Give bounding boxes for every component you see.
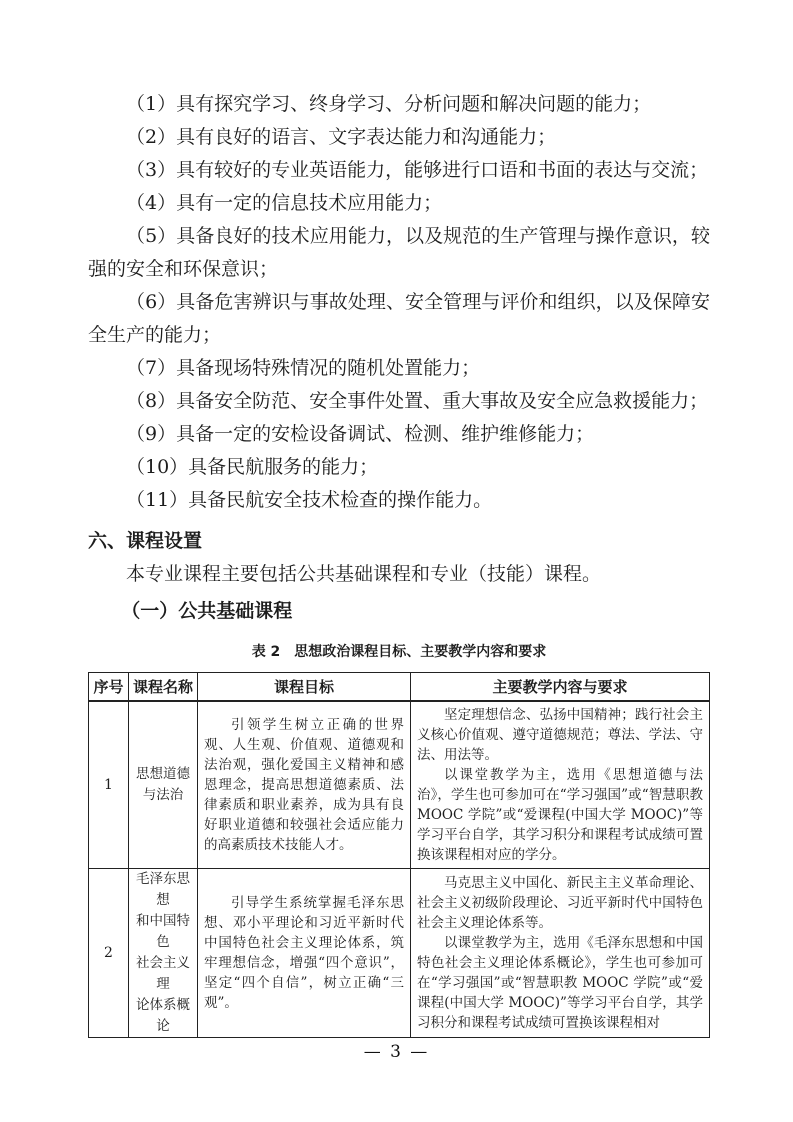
page-number: — 3 —: [0, 1042, 793, 1062]
ability-item: （5）具备良好的技术应用能力，以及规范的生产管理与操作意识，较强的安全和环保意识…: [88, 220, 710, 286]
ability-item: （1）具有探究学习、终身学习、分析问题和解决问题的能力；: [88, 88, 710, 121]
course-name-text: 思想道德 与法治: [136, 766, 190, 803]
subsection-heading-public-basic-courses: （一）公共基础课程: [88, 595, 710, 628]
col-header-main-content: 主要教学内容与要求: [411, 673, 710, 701]
course-name-text: 毛泽东思想 和中国特色 社会主义理 论体系概论: [136, 871, 190, 1034]
cell-main-content: 坚定理想信念、弘扬中国精神；践行社会主义核心价值观、遵守道德规范；尊法、学法、守…: [411, 701, 710, 869]
table-caption: 表 2 思想政治课程目标、主要教学内容和要求: [88, 642, 710, 662]
content-paragraph: 以课堂教学为主，选用《思想道德与法治》，学生也可参加可在“学习强国”或“智慧职教…: [417, 765, 703, 865]
cell-main-content: 马克思主义中国化、新民主主义革命理论、社会主义初级阶段理论、习近平新时代中国特色…: [411, 869, 710, 1038]
cell-course-name: 毛泽东思想 和中国特色 社会主义理 论体系概论: [129, 869, 198, 1038]
ability-item: （11）具备民航安全技术检查的操作能力。: [88, 484, 710, 517]
table-row: 2 毛泽东思想 和中国特色 社会主义理 论体系概论 引导学生系统掌握毛泽东思想、…: [89, 869, 710, 1038]
cell-serial-no: 1: [89, 701, 129, 869]
section-intro: 本专业课程主要包括公共基础课程和专业（技能）课程。: [88, 558, 710, 591]
cell-course-objective: 引领学生树立正确的世界观、人生观、价值观、道德观和法治观，强化爱国主义精神和感恩…: [198, 701, 411, 869]
col-header-course-name: 课程名称: [129, 673, 198, 701]
content-paragraph: 以课堂教学为主，选用《毛泽东思想和中国特色社会主义理论体系概论》，学生也可参加可…: [417, 933, 703, 1033]
col-header-course-objective: 课程目标: [198, 673, 411, 701]
content-paragraph: 马克思主义中国化、新民主主义革命理论、社会主义初级阶段理论、习近平新时代中国特色…: [417, 873, 703, 933]
page-content: （1）具有探究学习、终身学习、分析问题和解决问题的能力； （2）具有良好的语言、…: [88, 88, 710, 1038]
ability-item: （9）具备一定的安检设备调试、检测、维护维修能力；: [88, 418, 710, 451]
ability-item: （4）具有一定的信息技术应用能力；: [88, 187, 710, 220]
ability-item: （8）具备安全防范、安全事件处置、重大事故及安全应急救援能力；: [88, 385, 710, 418]
objective-text: 引导学生系统掌握毛泽东思想、邓小平理论和习近平新时代中国特色社会主义理论体系，筑…: [204, 893, 404, 1013]
objective-text: 引领学生树立正确的世界观、人生观、价值观、道德观和法治观，强化爱国主义精神和感恩…: [204, 715, 404, 855]
ability-item: （10）具备民航服务的能力；: [88, 451, 710, 484]
ideological-political-course-table: 序号 课程名称 课程目标 主要教学内容与要求 1 思想道德 与法治 引领学生树立…: [88, 672, 710, 1038]
cell-course-name: 思想道德 与法治: [129, 701, 198, 869]
ability-item: （2）具有良好的语言、文字表达能力和沟通能力；: [88, 121, 710, 154]
document-page: （1）具有探究学习、终身学习、分析问题和解决问题的能力； （2）具有良好的语言、…: [0, 0, 793, 1122]
content-paragraph: 坚定理想信念、弘扬中国精神；践行社会主义核心价值观、遵守道德规范；尊法、学法、守…: [417, 705, 703, 765]
cell-course-objective: 引导学生系统掌握毛泽东思想、邓小平理论和习近平新时代中国特色社会主义理论体系，筑…: [198, 869, 411, 1038]
ability-item: （3）具有较好的专业英语能力，能够进行口语和书面的表达与交流；: [88, 154, 710, 187]
section-heading-course-setup: 六、课程设置: [88, 525, 710, 558]
cell-serial-no: 2: [89, 869, 129, 1038]
col-header-serial-no: 序号: [89, 673, 129, 701]
table-header-row: 序号 课程名称 课程目标 主要教学内容与要求: [89, 673, 710, 701]
ability-item: （6）具备危害辨识与事故处理、安全管理与评价和组织，以及保障安全生产的能力；: [88, 286, 710, 352]
ability-item: （7）具备现场特殊情况的随机处置能力；: [88, 352, 710, 385]
table-row: 1 思想道德 与法治 引领学生树立正确的世界观、人生观、价值观、道德观和法治观，…: [89, 701, 710, 869]
